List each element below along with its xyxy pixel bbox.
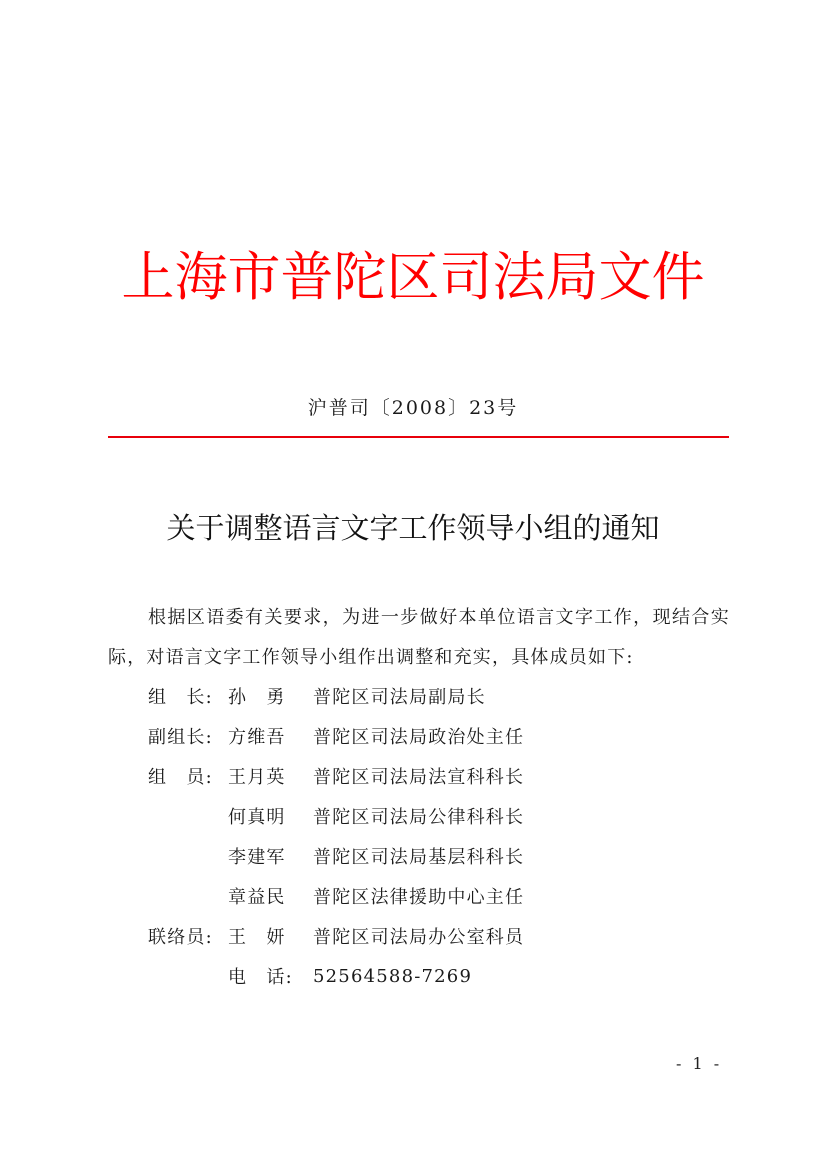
member-position: 普陀区司法局办公室科员 bbox=[313, 923, 748, 949]
member-position: 普陀区司法局基层科科长 bbox=[313, 843, 748, 869]
member-position: 普陀区司法局公律科科长 bbox=[313, 803, 748, 829]
member-row: 组 员: 王月英 普陀区司法局法宣科科长 bbox=[148, 756, 748, 796]
contact-phone-row: 电 话: 52564588-7269 bbox=[148, 956, 748, 996]
red-divider-line bbox=[108, 436, 729, 438]
member-name: 王 妍 bbox=[228, 923, 313, 949]
member-role: 组 员: bbox=[148, 763, 228, 789]
issuer-title: 上海市普陀区司法局文件 bbox=[0, 242, 826, 314]
phone-number: 52564588-7269 bbox=[313, 966, 748, 987]
document-page: 上海市普陀区司法局文件 沪普司〔2008〕23号 关于调整语言文字工作领导小组的… bbox=[0, 0, 826, 1169]
member-name: 孙 勇 bbox=[228, 683, 313, 709]
member-row: 章益民 普陀区法律援助中心主任 bbox=[148, 876, 748, 916]
member-row: 副组长: 方维吾 普陀区司法局政治处主任 bbox=[148, 716, 748, 756]
member-name: 王月英 bbox=[228, 763, 313, 789]
member-position: 普陀区司法局副局长 bbox=[313, 683, 748, 709]
member-position: 普陀区法律援助中心主任 bbox=[313, 883, 748, 909]
notice-title: 关于调整语言文字工作领导小组的通知 bbox=[0, 506, 826, 550]
notice-body-paragraph: 根据区语委有关要求，为进一步做好本单位语言文字工作，现结合实际，对语言文字工作领… bbox=[108, 598, 730, 678]
member-position: 普陀区司法局法宣科科长 bbox=[313, 763, 748, 789]
member-row: 李建军 普陀区司法局基层科科长 bbox=[148, 836, 748, 876]
member-role: 副组长: bbox=[148, 723, 228, 749]
member-name: 何真明 bbox=[228, 803, 313, 829]
member-name: 方维吾 bbox=[228, 723, 313, 749]
member-row: 组 长: 孙 勇 普陀区司法局副局长 bbox=[148, 676, 748, 716]
member-role: 组 长: bbox=[148, 683, 228, 709]
member-role: 联络员: bbox=[148, 923, 228, 949]
member-position: 普陀区司法局政治处主任 bbox=[313, 723, 748, 749]
member-name: 李建军 bbox=[228, 843, 313, 869]
member-name: 章益民 bbox=[228, 883, 313, 909]
phone-label: 电 话: bbox=[228, 963, 313, 989]
page-number: - 1 - bbox=[676, 1054, 736, 1073]
member-row: 联络员: 王 妍 普陀区司法局办公室科员 bbox=[148, 916, 748, 956]
member-list: 组 长: 孙 勇 普陀区司法局副局长 副组长: 方维吾 普陀区司法局政治处主任 … bbox=[148, 676, 748, 996]
member-row: 何真明 普陀区司法局公律科科长 bbox=[148, 796, 748, 836]
document-number: 沪普司〔2008〕23号 bbox=[0, 393, 826, 423]
